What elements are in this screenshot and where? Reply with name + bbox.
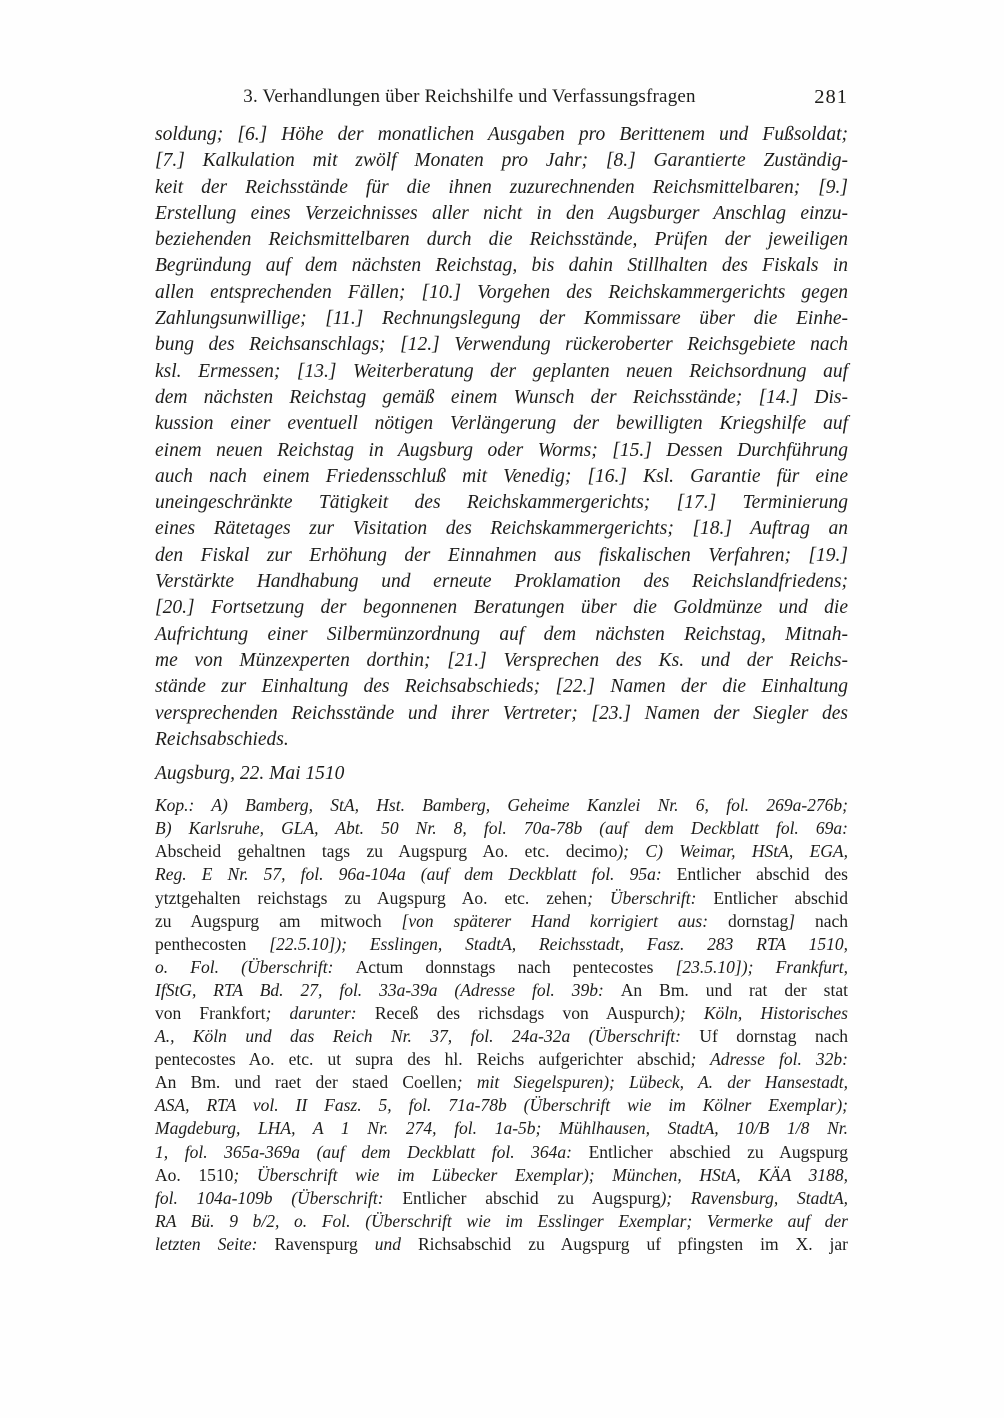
italic-segment: ; Adresse fol. 32b:	[691, 1049, 848, 1069]
text-line: 1, fol. 365a-369a (auf dem Deckblatt fol…	[155, 1141, 848, 1164]
italic-segment: ); Ravensburg, StadtA,	[660, 1188, 848, 1208]
roman-segment: ytztgehalten reichstags zu Augspurg Ao. …	[155, 888, 587, 908]
italic-segment: Reg. E Nr. 57, fol. 96a-104a (auf dem De…	[155, 864, 677, 884]
text-line: penthecosten [22.5.10]); Esslingen, Stad…	[155, 933, 848, 956]
text-line: o. Fol. (Überschrift: Actum donnstags na…	[155, 956, 848, 979]
roman-segment: Uf dornstag nach	[699, 1026, 848, 1046]
text-line: B) Karlsruhe, GLA, Abt. 50 Nr. 8, fol. 7…	[155, 817, 848, 840]
text-line: Magdeburg, LHA, A 1 Nr. 274, fol. 1a-5b;…	[155, 1117, 848, 1140]
roman-segment: Actum donnstags nach pentecostes	[356, 957, 676, 977]
italic-segment: Magdeburg, LHA, A 1 Nr. 274, fol. 1a-5b;…	[155, 1118, 848, 1138]
italic-segment: [22.5.10]); Esslingen, StadtA, Reichssta…	[269, 934, 848, 954]
text-line: keit der Reichsstände für die ihnen zuzu…	[155, 175, 848, 201]
text-line: Erstellung eines Verzeichnisses aller ni…	[155, 201, 848, 227]
roman-segment: Receß des richsdags von Auspurch	[375, 1003, 674, 1023]
italic-segment: ; Überschrift:	[587, 888, 713, 908]
roman-segment: Ao. 1510	[155, 1165, 233, 1185]
text-line: letzten Seite: Ravenspurg und Richsabsch…	[155, 1233, 848, 1256]
roman-segment: Richsabschid zu Augspurg uf pfingsten im…	[418, 1234, 848, 1254]
roman-segment: An Bm. und raet der staed Coellen	[155, 1072, 457, 1092]
dateline: Augsburg, 22. Mai 1510	[155, 761, 848, 787]
roman-segment: zu Augspurg am mitwoch	[155, 911, 402, 931]
roman-segment: nach	[815, 911, 848, 931]
text-line: ASA, RTA vol. II Fasz. 5, fol. 71a-78b (…	[155, 1094, 848, 1117]
italic-segment: B) Karlsruhe, GLA, Abt. 50 Nr. 8, fol. 7…	[155, 818, 848, 838]
text-line: [20.] Fortsetzung der begonnenen Beratun…	[155, 595, 848, 621]
roman-segment: pentecostes Ao. etc. ut supra des hl. Re…	[155, 1049, 691, 1069]
italic-segment: ); C) Weimar, HStA, EGA,	[617, 841, 848, 861]
text-line: fol. 104a-109b (Überschrift: Entlicher a…	[155, 1187, 848, 1210]
text-line: RA Bü. 9 b/2, o. Fol. (Überschrift wie i…	[155, 1210, 848, 1233]
chapter-heading: 3. Verhandlungen über Reichshilfe und Ve…	[243, 84, 695, 110]
text-line: A., Köln und das Reich Nr. 37, fol. 24a-…	[155, 1025, 848, 1048]
text-line: pentecostes Ao. etc. ut supra des hl. Re…	[155, 1048, 848, 1071]
text-line: eines Rätetages zur Visitation des Reich…	[155, 516, 848, 542]
italic-segment: ; mit Siegelspuren); Lübeck, A. der Hans…	[457, 1072, 848, 1092]
summary-paragraph: soldung; [6.] Höhe der monatlichen Ausga…	[155, 122, 848, 753]
roman-segment: dornstag	[728, 911, 788, 931]
text-line: stände zur Einhaltung des Reichsabschied…	[155, 674, 848, 700]
italic-segment: ]	[788, 911, 815, 931]
page-number: 281	[814, 84, 848, 110]
text-line: Ao. 1510; Überschrift wie im Lübecker Ex…	[155, 1164, 848, 1187]
italic-segment: letzten Seite:	[155, 1234, 274, 1254]
roman-segment: von Frankfort	[155, 1003, 266, 1023]
italic-segment: [23.5.10]); Frankfurt,	[676, 957, 848, 977]
text-line: An Bm. und raet der staed Coellen; mit S…	[155, 1071, 848, 1094]
italic-segment: Kop.: A) Bamberg, StA, Hst. Bamberg, Geh…	[155, 795, 848, 815]
text-line: beziehenden Reichsmittelbaren durch die …	[155, 227, 848, 253]
roman-segment: Ravenspurg	[274, 1234, 374, 1254]
roman-segment: Entlicher abschid des	[677, 864, 848, 884]
text-line: Reichsabschieds.	[155, 727, 848, 753]
italic-segment: ; Überschrift wie im Lübecker Exemplar);…	[233, 1165, 848, 1185]
italic-segment: RA Bü. 9 b/2, o. Fol. (Überschrift wie i…	[155, 1211, 848, 1231]
text-line: Begründung auf dem nächsten Reichstag, b…	[155, 253, 848, 279]
text-line: versprechenden Reichsstände und ihrer Ve…	[155, 701, 848, 727]
italic-segment: IfStG, RTA Bd. 27, fol. 33a-39a (Adresse…	[155, 980, 621, 1000]
italic-segment: ; darunter:	[266, 1003, 375, 1023]
roman-segment: An Bm. und rat der stat	[621, 980, 848, 1000]
book-page: 3. Verhandlungen über Reichshilfe und Ve…	[0, 0, 1004, 1418]
roman-segment: Entlicher abschid	[713, 888, 848, 908]
text-line: einem neuen Reichstag in Augsburg oder W…	[155, 438, 848, 464]
italic-segment: [von späterer Hand korrigiert aus:	[402, 911, 728, 931]
text-line: IfStG, RTA Bd. 27, fol. 33a-39a (Adresse…	[155, 979, 848, 1002]
italic-segment: o. Fol. (Überschrift:	[155, 957, 356, 977]
text-line: ksl. Ermessen; [13.] Weiterberatung der …	[155, 359, 848, 385]
text-line: Aufrichtung einer Silbermünzordnung auf …	[155, 622, 848, 648]
italic-segment: fol. 104a-109b (Überschrift:	[155, 1188, 402, 1208]
roman-segment: Abscheid gehaltnen tags zu Augspurg Ao. …	[155, 841, 617, 861]
source-apparatus-paragraph: Kop.: A) Bamberg, StA, Hst. Bamberg, Geh…	[155, 794, 848, 1256]
text-line: auch nach einem Friedensschluß mit Vened…	[155, 464, 848, 490]
text-line: Abscheid gehaltnen tags zu Augspurg Ao. …	[155, 840, 848, 863]
roman-segment: Entlicher abschid zu Augspurg	[402, 1188, 660, 1208]
text-line: kussion einer eventuell nötigen Verlänge…	[155, 411, 848, 437]
text-line: Zahlungsunwillige; [11.] Rechnungslegung…	[155, 306, 848, 332]
roman-segment: Entlicher abschied zu Augspurg	[589, 1142, 848, 1162]
text-line: ytztgehalten reichstags zu Augspurg Ao. …	[155, 887, 848, 910]
italic-segment: und	[375, 1234, 418, 1254]
text-line: me von Münzexperten dorthin; [21.] Versp…	[155, 648, 848, 674]
text-line: bung des Reichsanschlags; [12.] Verwendu…	[155, 332, 848, 358]
running-head: 3. Verhandlungen über Reichshilfe und Ve…	[155, 84, 848, 110]
text-line: dem nächsten Reichstag gemäß einem Wunsc…	[155, 385, 848, 411]
roman-segment: penthecosten	[155, 934, 269, 954]
text-line: zu Augspurg am mitwoch [von späterer Han…	[155, 910, 848, 933]
text-line: Reg. E Nr. 57, fol. 96a-104a (auf dem De…	[155, 863, 848, 886]
italic-segment: A., Köln und das Reich Nr. 37, fol. 24a-…	[155, 1026, 699, 1046]
italic-segment: ASA, RTA vol. II Fasz. 5, fol. 71a-78b (…	[155, 1095, 848, 1115]
text-line: [7.] Kalkulation mit zwölf Monaten pro J…	[155, 148, 848, 174]
text-line: den Fiskal zur Erhöhung der Einnahmen au…	[155, 543, 848, 569]
italic-segment: ); Köln, Historisches	[674, 1003, 848, 1023]
text-line: uneingeschränkte Tätigkeit des Reichskam…	[155, 490, 848, 516]
italic-segment: 1, fol. 365a-369a (auf dem Deckblatt fol…	[155, 1142, 589, 1162]
text-line: Kop.: A) Bamberg, StA, Hst. Bamberg, Geh…	[155, 794, 848, 817]
text-line: allen entsprechenden Fällen; [10.] Vorge…	[155, 280, 848, 306]
text-line: von Frankfort; darunter: Receß des richs…	[155, 1002, 848, 1025]
text-line: Verstärkte Handhabung und erneute Prokla…	[155, 569, 848, 595]
text-line: soldung; [6.] Höhe der monatlichen Ausga…	[155, 122, 848, 148]
